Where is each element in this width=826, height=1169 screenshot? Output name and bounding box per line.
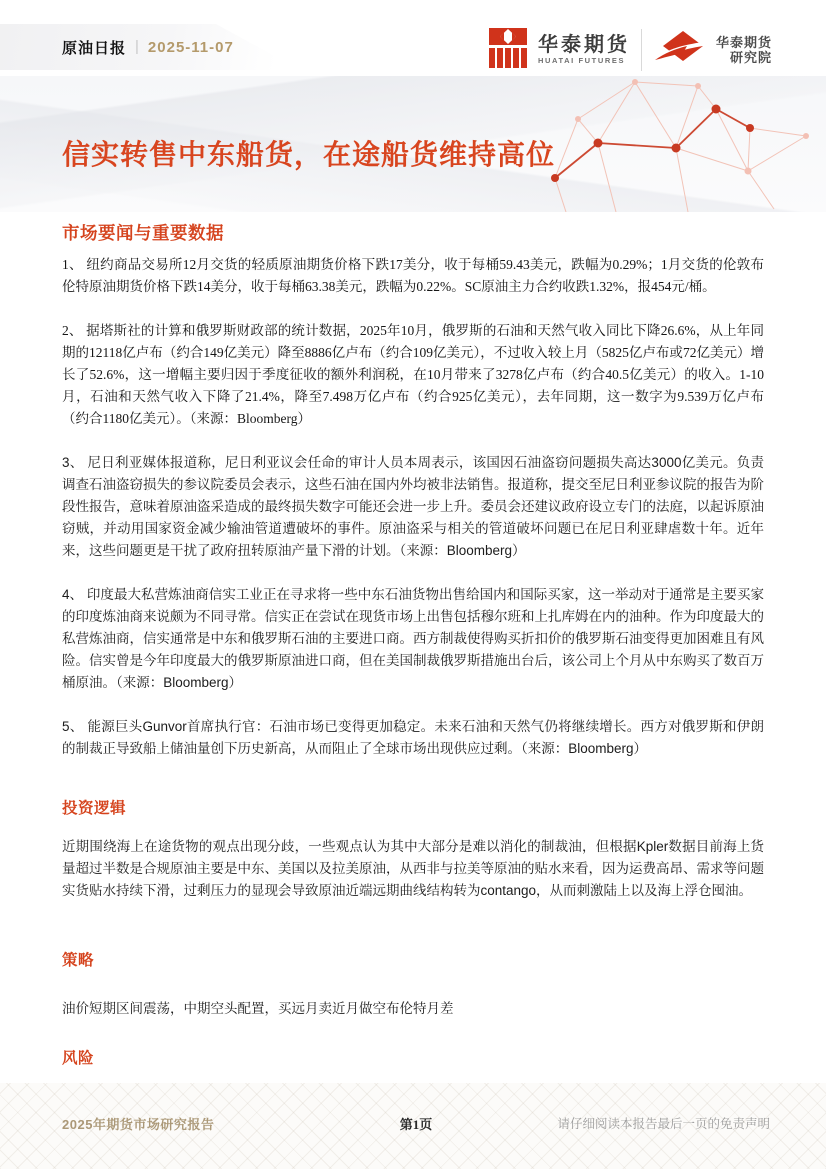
brand-divider-line (641, 29, 642, 71)
institute-name-cn: 华泰期货 (716, 35, 772, 50)
report-body: 市场要闻与重要数据 1、 纽约商品交易所12月交货的轻质原油期货价格下跌17美分… (62, 212, 764, 1068)
research-institute-logo-icon (653, 29, 705, 72)
brand-name-cn: 华泰期货 (538, 34, 630, 56)
section-heading-strategy: 策略 (62, 948, 764, 970)
footer-report-series: 2025年期货市场研究报告 (62, 1114, 400, 1133)
brand-block: 华泰期货 HUATAI FUTURES 华泰期货 研究院 (489, 27, 772, 73)
title-banner: 信实转售中东船货，在途船货维持高位 (0, 76, 826, 212)
report-page: 原油日报 | 2025-11-07 华泰期货 (0, 0, 826, 1169)
news-item-1: 1、 纽约商品交易所12月交货的轻质原油期货价格下跌17美分，收于每桶59.43… (62, 254, 764, 298)
huatai-futures-logo-icon (489, 28, 527, 73)
section-heading-market-news: 市场要闻与重要数据 (62, 220, 764, 245)
footer-page-number: 第1页 (400, 1114, 433, 1133)
strategy-text: 油价短期区间震荡，中期空头配置，买远月卖近月做空布伦特月差 (62, 998, 764, 1020)
report-meta: 原油日报 | 2025-11-07 (62, 37, 234, 58)
investment-logic-text: 近期围绕海上在途货物的观点出现分歧，一些观点认为其中大部分是难以消化的制裁油，但… (62, 836, 764, 902)
page-title: 信实转售中东船货，在途船货维持高位 (62, 133, 555, 173)
news-item-5: 5、 能源巨头Gunvor首席执行官：石油市场已变得更加稳定。未来石油和天然气仍… (62, 716, 764, 760)
footer-row: 2025年期货市场研究报告 第1页 请仔细阅读本报告最后一页的免责声明 (0, 1083, 826, 1169)
news-item-2: 2、 据塔斯社的计算和俄罗斯财政部的统计数据，2025年10月，俄罗斯的石油和天… (62, 320, 764, 430)
news-item-4: 4、 印度最大私营炼油商信实工业正在寻求将一些中东石油货物出售给国内和国际买家，… (62, 584, 764, 694)
brand-name-en: HUATAI FUTURES (538, 56, 630, 66)
brand-name: 华泰期货 HUATAI FUTURES (538, 34, 630, 66)
institute-name-suffix: 研究院 (716, 50, 772, 65)
page-footer: 2025年期货市场研究报告 第1页 请仔细阅读本报告最后一页的免责声明 (0, 1083, 826, 1169)
report-date: 2025-11-07 (148, 39, 234, 56)
section-heading-investment-logic: 投资逻辑 (62, 796, 764, 818)
header-divider: | (135, 38, 139, 55)
institute-name: 华泰期货 研究院 (716, 35, 772, 65)
footer-disclaimer-note: 请仔细阅读本报告最后一页的免责声明 (432, 1114, 770, 1132)
section-heading-risk: 风险 (62, 1046, 764, 1068)
page-header: 原油日报 | 2025-11-07 华泰期货 (0, 0, 826, 76)
report-type-label: 原油日报 (62, 37, 126, 58)
news-item-3: 3、 尼日利亚媒体报道称，尼日利亚议会任命的审计人员本周表示，该国因石油盗窃问题… (62, 452, 764, 562)
